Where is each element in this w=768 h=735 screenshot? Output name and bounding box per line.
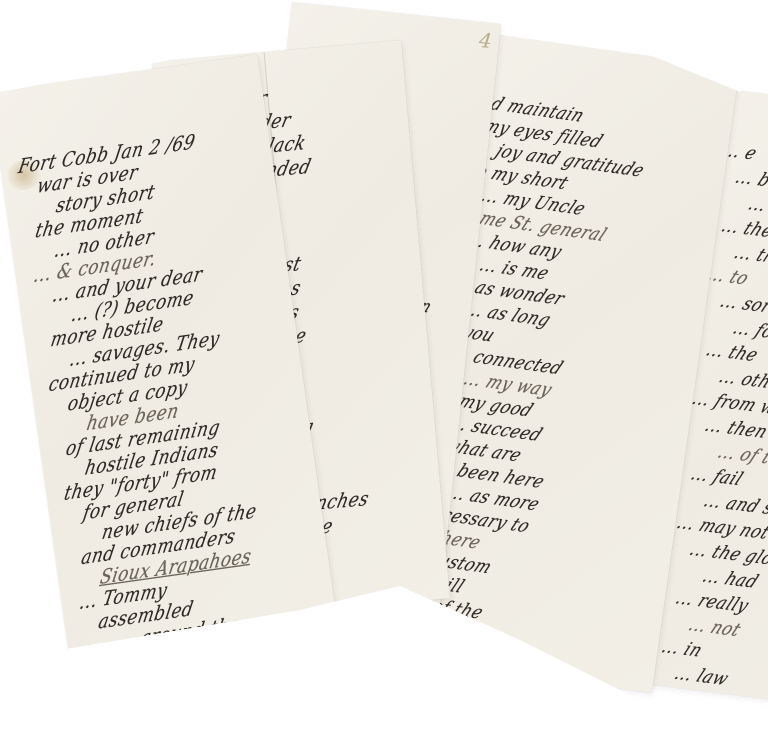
document-photo: ... e... but... me... these... the... to… <box>0 0 768 735</box>
handwritten-line: ... the <box>703 339 762 366</box>
handwritten-line: ... had <box>699 565 762 592</box>
handwritten-line: ... law <box>671 662 733 689</box>
handwritten-line: ... but <box>732 166 768 193</box>
handwritten-line: ... for <box>730 317 768 344</box>
handwritten-line: ... these <box>718 215 768 244</box>
handwritten-line: ... the <box>731 241 768 268</box>
handwritten-line: ... me <box>745 193 768 220</box>
handwritten-line: ... in <box>658 635 706 661</box>
handwritten-line: ... really <box>672 587 752 617</box>
handwritten-line: ... not <box>685 613 745 640</box>
handwritten-line: ... sorry <box>717 290 768 319</box>
handwritten-line: ... fail <box>688 463 747 490</box>
handwritten-line: ... from we <box>689 387 768 419</box>
